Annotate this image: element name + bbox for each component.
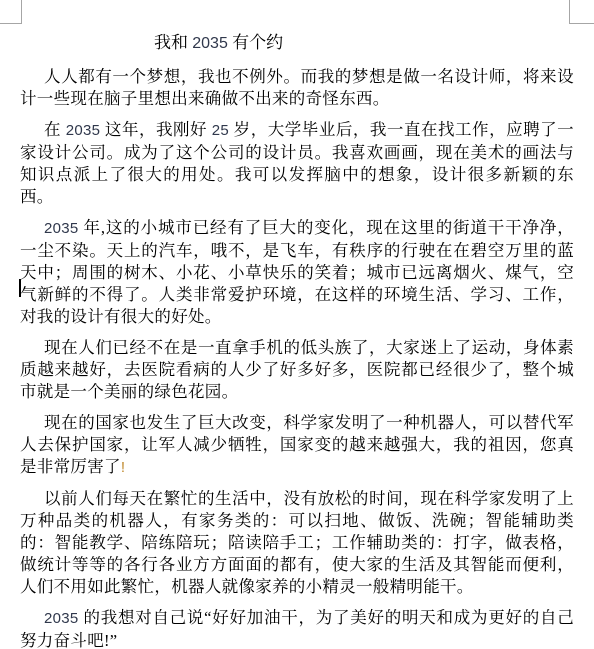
cjk-text: 在: [44, 120, 66, 139]
document-title[interactable]: 我和 2035 有个约: [154, 32, 574, 55]
number-text: 2035: [44, 220, 79, 237]
paragraph[interactable]: 以前人们每天在繁忙的生活中，没有放松的时间，现在科学家发明了上万种品类的机器人，…: [20, 488, 574, 598]
text-cursor: [19, 279, 21, 297]
cjk-text: 这年，我刚好: [100, 120, 211, 139]
paragraph[interactable]: 现在的国家也发生了巨大改变，科学家发明了一种机器人，可以替代军人去保护国家，让军…: [20, 412, 574, 479]
document-canvas[interactable]: 我和 2035 有个约 人人都有一个梦想，我也不例外。而我的梦想是做一名设计师，…: [0, 0, 594, 649]
number-text: 2035: [44, 610, 79, 627]
paragraph[interactable]: 在 2035 这年，我刚好 25 岁，大学毕业后，我一直在找工作，应聘了一家设计…: [20, 119, 574, 208]
paragraph[interactable]: 2035 的我想对自己说“好好加油干，为了美好的明天和成为更好的自己努力奋斗吧!…: [20, 607, 574, 649]
document-body[interactable]: 人人都有一个梦想，我也不例外。而我的梦想是做一名设计师，将来设计一些现在脑子里想…: [20, 66, 574, 649]
cjk-text: 有个约: [228, 33, 283, 52]
cjk-text: 人人都有一个梦想，我也不例外。而我的梦想是做一名设计师，将来设计一些现在脑子里想…: [20, 67, 574, 108]
number-text: 2035: [66, 122, 101, 139]
cjk-text: 的我想对自己说“好好加油干，为了美好的明天和成为更好的自己努力奋斗吧!”: [20, 608, 574, 649]
paragraph[interactable]: 2035 年,这的小城市已经有了巨大的变化，现在这里的街道干干净净，一尘不染。天…: [20, 217, 574, 328]
page-margin-mark-topleft: [0, 0, 22, 24]
paragraph[interactable]: 人人都有一个梦想，我也不例外。而我的梦想是做一名设计师，将来设计一些现在脑子里想…: [20, 66, 574, 110]
cjk-text: 现在人们已经不在是一直拿手机的低头族了，大家迷上了运动，身体素质越来越好，去医院…: [20, 338, 574, 401]
cjk-text: 我和: [154, 33, 192, 52]
cjk-text: 年,这的小城市已经有了巨大的变化，现在这里的街道干干净净，一尘不染。天上的汽车，…: [20, 218, 574, 326]
cjk-text: 以前人们每天在繁忙的生活中，没有放松的时间，现在科学家发明了上万种品类的机器人，…: [20, 489, 574, 596]
colored-exclamation: !: [121, 459, 125, 476]
number-text: 2035: [192, 35, 228, 52]
number-text: 25: [212, 122, 229, 139]
paragraph[interactable]: 现在人们已经不在是一直拿手机的低头族了，大家迷上了运动，身体素质越来越好，去医院…: [20, 337, 574, 403]
cjk-text: 现在的国家也发生了巨大改变，科学家发明了一种机器人，可以替代军人去保护国家，让军…: [20, 413, 574, 476]
page-margin-mark-topright: [569, 0, 594, 24]
